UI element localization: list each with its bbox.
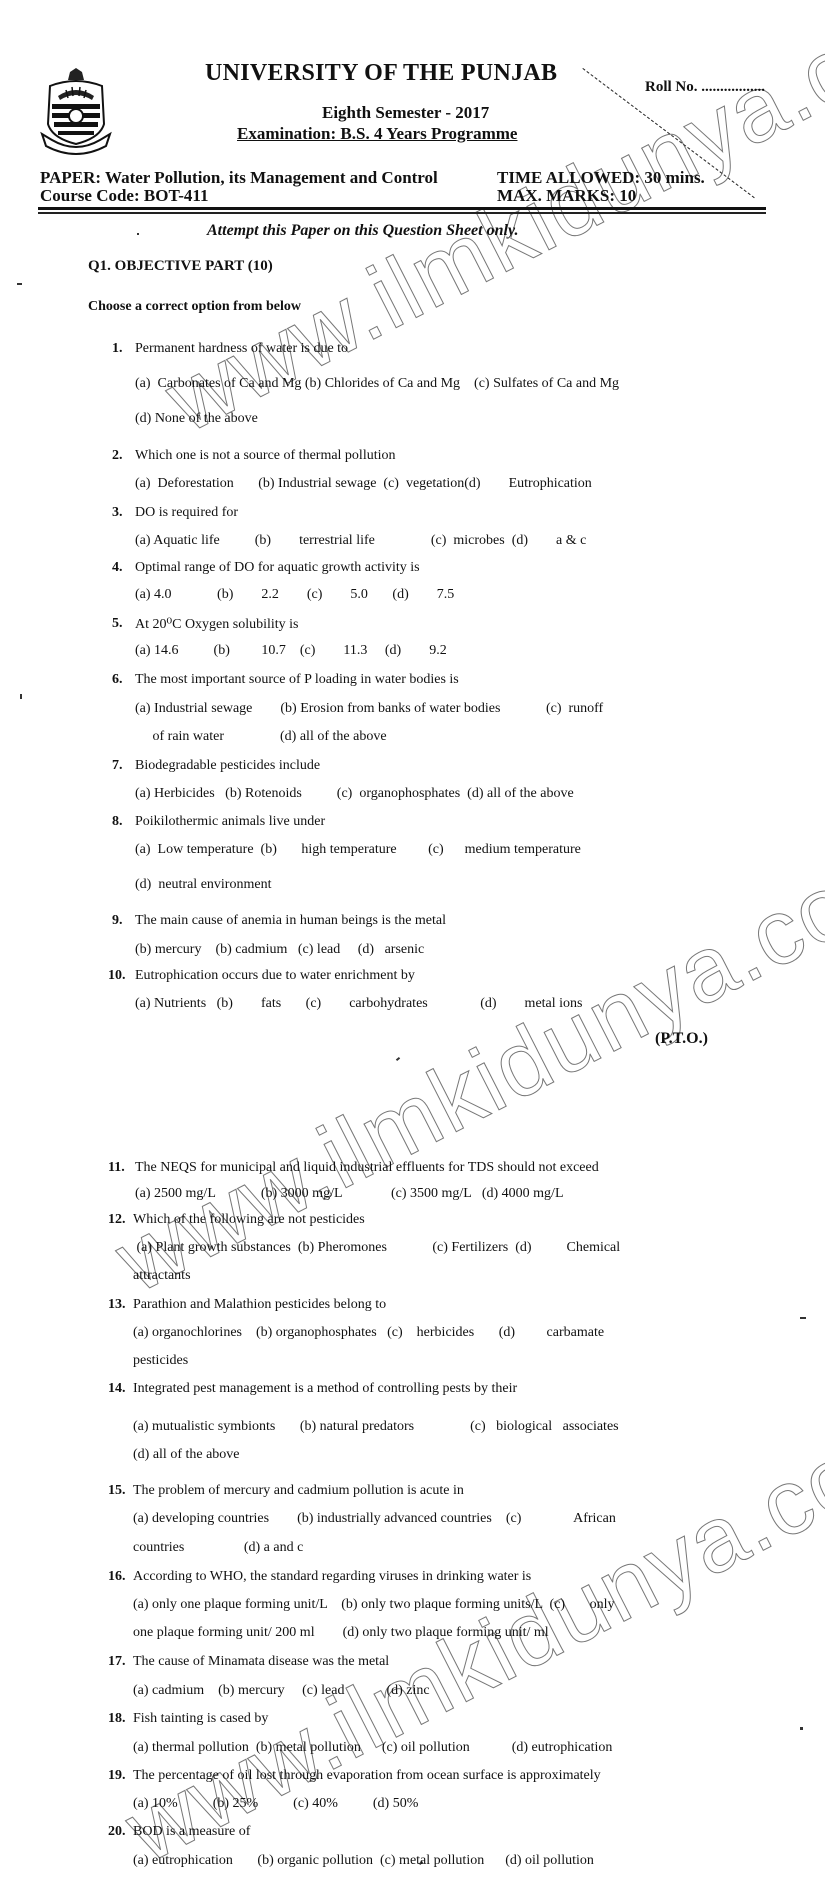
question-options: (a) Deforestation (b) Industrial sewage … <box>135 476 592 492</box>
max-marks: MAX. MARKS: 10 <box>497 186 636 206</box>
question-text: The percentage of oil lost through evapo… <box>133 1768 601 1784</box>
question-options: countries (d) a and c <box>133 1540 303 1556</box>
question-number: 4. <box>112 560 123 576</box>
question-options: (d) None of the above <box>135 411 258 427</box>
question-options: one plaque forming unit/ 200 ml (d) only… <box>133 1625 549 1641</box>
stray-mark <box>800 1317 806 1319</box>
question-text: Which one is not a source of thermal pol… <box>135 448 396 464</box>
header-rule-thin <box>38 212 766 214</box>
question-number: 20. <box>108 1824 126 1840</box>
university-crest-icon <box>40 68 112 156</box>
question-options: attractants <box>133 1268 191 1284</box>
question-options: (a) Industrial sewage (b) Erosion from b… <box>135 701 603 717</box>
question-text: The problem of mercury and cadmium pollu… <box>133 1483 464 1499</box>
question-number: 2. <box>112 448 123 464</box>
question-options: (d) neutral environment <box>135 877 271 893</box>
question-options: (d) all of the above <box>133 1447 240 1463</box>
question-number: 15. <box>108 1483 126 1499</box>
question-number: 14. <box>108 1381 126 1397</box>
question-number: 12. <box>108 1212 126 1228</box>
question-text: The cause of Minamata disease was the me… <box>133 1654 389 1670</box>
question-number: 19. <box>108 1768 126 1784</box>
question-text: Integrated pest management is a method o… <box>133 1381 517 1397</box>
paper-title: PAPER: Water Pollution, its Management a… <box>40 168 438 188</box>
question-number: 9. <box>112 913 123 929</box>
question-number: 1. <box>112 341 123 357</box>
section-title: Q1. OBJECTIVE PART (10) <box>88 258 273 275</box>
roll-number-field[interactable]: Roll No. ................. <box>645 79 765 96</box>
question-options: (a) Aquatic life (b) terrestrial life (c… <box>135 533 586 549</box>
question-options: (a) 14.6 (b) 10.7 (c) 11.3 (d) 9.2 <box>135 643 447 659</box>
question-number: 5. <box>112 616 123 632</box>
question-text: The main cause of anemia in human beings… <box>135 913 446 929</box>
question-text: Fish tainting is cased by <box>133 1711 268 1727</box>
question-options: (a) thermal pollution (b) metal pollutio… <box>133 1740 612 1756</box>
question-text: Permanent hardness of water is due to <box>135 341 348 357</box>
question-options: (a) Herbicides (b) Rotenoids (c) organop… <box>135 786 574 802</box>
question-options: (a) Plant growth substances (b) Pheromon… <box>133 1240 620 1256</box>
question-options: (a) eutrophication (b) organic pollution… <box>133 1853 594 1869</box>
question-options: (a) Nutrients (b) fats (c) carbohydrates… <box>135 996 583 1012</box>
question-number: 16. <box>108 1569 126 1585</box>
question-number: 17. <box>108 1654 126 1670</box>
question-options: (a) only one plaque forming unit/L (b) o… <box>133 1597 614 1613</box>
stray-mark <box>396 1057 400 1061</box>
please-turn-over: (P.T.O.) <box>655 1030 708 1048</box>
time-allowed: TIME ALLOWED: 30 mins. <box>497 168 705 188</box>
question-text: DO is required for <box>135 505 238 521</box>
question-options: pesticides <box>133 1353 188 1369</box>
question-number: 8. <box>112 814 123 830</box>
question-text: According to WHO, the standard regarding… <box>133 1569 531 1585</box>
course-code: Course Code: BOT-411 <box>40 186 208 206</box>
question-text: Which of the following are not pesticide… <box>133 1212 365 1228</box>
question-options: (a) Carbonates of Ca and Mg (b) Chloride… <box>135 376 619 392</box>
question-text: Parathion and Malathion pesticides belon… <box>133 1297 386 1313</box>
question-text: Eutrophication occurs due to water enric… <box>135 968 415 984</box>
sheet-instruction: Attempt this Paper on this Question Shee… <box>207 222 518 240</box>
section-instruction: Choose a correct option from below <box>88 299 301 315</box>
semester-label: Eighth Semester - 2017 <box>322 103 489 123</box>
question-text: The NEQS for municipal and liquid indust… <box>135 1160 599 1176</box>
question-number: 11. <box>108 1160 125 1176</box>
question-options: (a) developing countries (b) industriall… <box>133 1511 616 1527</box>
stray-mark <box>17 283 22 285</box>
question-number: 3. <box>112 505 123 521</box>
question-number: 6. <box>112 672 123 688</box>
question-text: Optimal range of DO for aquatic growth a… <box>135 560 420 576</box>
question-text: Poikilothermic animals live under <box>135 814 325 830</box>
university-title: UNIVERSITY OF THE PUNJAB <box>205 60 557 87</box>
question-options: (a) 4.0 (b) 2.2 (c) 5.0 (d) 7.5 <box>135 587 454 603</box>
question-number: 13. <box>108 1297 126 1313</box>
header-rule <box>38 207 766 210</box>
question-options: (a) mutualistic symbionts (b) natural pr… <box>133 1419 619 1435</box>
stray-mark <box>20 694 22 699</box>
question-options: (a) Low temperature (b) high temperature… <box>135 842 581 858</box>
question-number: 18. <box>108 1711 126 1727</box>
question-options: (b) mercury (b) cadmium (c) lead (d) ars… <box>135 942 424 958</box>
question-options: of rain water (d) all of the above <box>135 729 387 745</box>
question-text: The most important source of P loading i… <box>135 672 459 688</box>
question-options: (a) organochlorines (b) organophosphates… <box>133 1325 604 1341</box>
examination-label: Examination: B.S. 4 Years Programme <box>237 124 517 144</box>
question-number: 10. <box>108 968 126 984</box>
stray-mark <box>137 233 139 235</box>
stray-mark <box>800 1727 803 1730</box>
question-text: At 20⁰C Oxygen solubility is <box>135 616 299 633</box>
question-options: (a) cadmium (b) mercury (c) lead (d) zin… <box>133 1683 430 1699</box>
question-text: Biodegradable pesticides include <box>135 758 320 774</box>
question-number: 7. <box>112 758 123 774</box>
question-options: (a) 2500 mg/L (b) 3000 mg/L (c) 3500 mg/… <box>135 1186 564 1202</box>
question-options: (a) 10% (b) 25% (c) 40% (d) 50% <box>133 1796 418 1812</box>
question-text: BOD is a measure of <box>133 1824 250 1840</box>
